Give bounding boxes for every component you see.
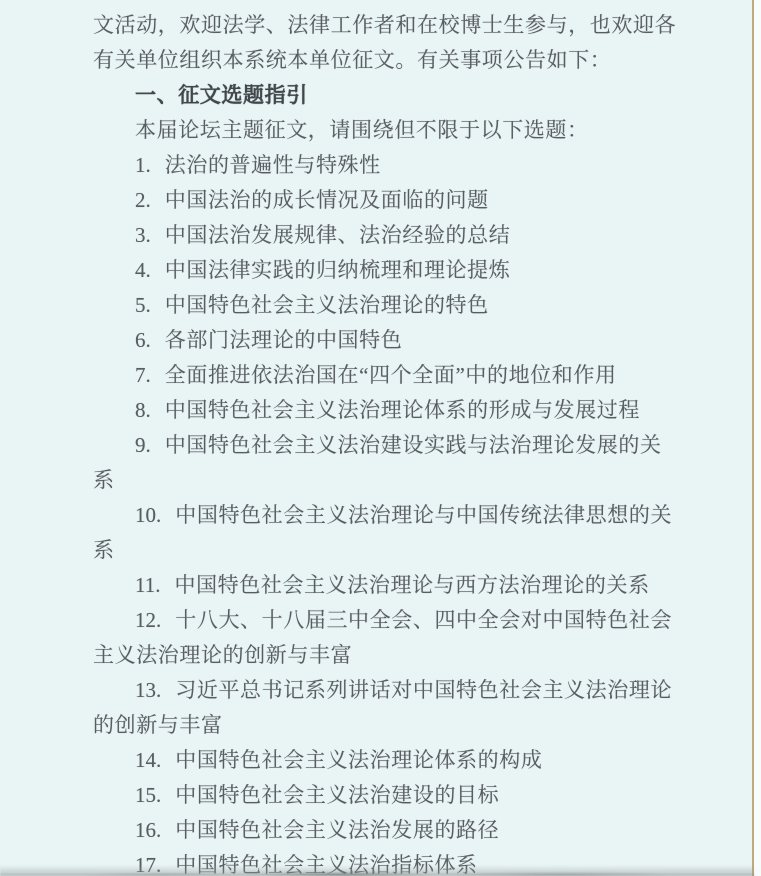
topic-number: 15. <box>135 778 161 813</box>
topic-number: 12. <box>135 603 161 638</box>
topic-item: 16.中国特色社会主义法治发展的路径 <box>93 813 733 848</box>
topic-text-continuation: 系 <box>93 463 733 498</box>
topic-text: 中国特色社会主义法治发展的路径 <box>175 818 499 842</box>
topic-number: 4. <box>135 253 151 288</box>
topic-text: 中国特色社会主义法治理论与西方法治理论的关系 <box>174 573 649 597</box>
topic-number: 8. <box>135 393 151 428</box>
topic-number: 14. <box>135 743 161 778</box>
topic-text: 各部门法理论的中国特色 <box>165 328 403 352</box>
topic-item: 3.中国法治发展规律、法治经验的总结 <box>93 218 733 253</box>
topic-item: 2.中国法治的成长情况及面临的问题 <box>93 183 733 218</box>
topic-text: 中国法治的成长情况及面临的问题 <box>165 188 489 212</box>
topic-item: 8.中国特色社会主义法治理论体系的形成与发展过程 <box>93 393 733 428</box>
scan-bottom-shadow <box>0 865 754 876</box>
topic-text: 中国特色社会主义法治理论的特色 <box>165 293 489 317</box>
topic-number: 7. <box>135 358 151 393</box>
topic-text: 中国特色社会主义法治建设的目标 <box>175 783 499 807</box>
section-heading: 一、征文选题指引 <box>93 78 733 113</box>
topic-text-continuation: 主义法治理论的创新与丰富 <box>93 638 733 673</box>
topic-number: 6. <box>135 323 151 358</box>
topic-text: 中国法律实践的归纳梳理和理论提炼 <box>165 258 511 282</box>
topic-item: 13.习近平总书记系列讲话对中国特色社会主义法治理论 <box>93 673 733 708</box>
topic-item: 15.中国特色社会主义法治建设的目标 <box>93 778 733 813</box>
topic-number: 5. <box>135 288 151 323</box>
topic-item: 14.中国特色社会主义法治理论体系的构成 <box>93 743 733 778</box>
document-text-block: 文活动，欢迎法学、法律工作者和在校博士生参与，也欢迎各 有关单位组织本系统本单位… <box>93 8 733 876</box>
scanned-document-page: 文活动，欢迎法学、法律工作者和在校博士生参与，也欢迎各 有关单位组织本系统本单位… <box>0 0 761 876</box>
topic-item: 9.中国特色社会主义法治建设实践与法治理论发展的关 <box>93 428 733 463</box>
intro-line: 文活动，欢迎法学、法律工作者和在校博士生参与，也欢迎各 <box>93 8 733 43</box>
topic-text: 中国特色社会主义法治建设实践与法治理论发展的关 <box>165 433 662 457</box>
topic-text: 中国特色社会主义法治理论体系的构成 <box>175 748 542 772</box>
topic-number: 13. <box>135 673 161 708</box>
scan-right-edge-strip <box>754 0 761 876</box>
topic-text: 中国特色社会主义法治理论体系的形成与发展过程 <box>165 398 640 422</box>
topic-item: 10.中国特色社会主义法治理论与中国传统法律思想的关 <box>93 498 733 533</box>
topic-text: 中国特色社会主义法治理论与中国传统法律思想的关 <box>175 503 672 527</box>
intro-line: 有关单位组织本系统本单位征文。有关事项公告如下： <box>93 43 733 78</box>
topic-number: 16. <box>135 813 161 848</box>
topic-number: 2. <box>135 183 151 218</box>
topic-text-continuation: 系 <box>93 533 733 568</box>
topic-number: 3. <box>135 218 151 253</box>
topic-number: 9. <box>135 428 151 463</box>
topic-item: 5.中国特色社会主义法治理论的特色 <box>93 288 733 323</box>
topic-text-continuation: 的创新与丰富 <box>93 708 733 743</box>
topic-text: 十八大、十八届三中全会、四中全会对中国特色社会 <box>175 608 672 632</box>
topic-text: 习近平总书记系列讲话对中国特色社会主义法治理论 <box>175 678 672 702</box>
topic-item: 1.法治的普遍性与特殊性 <box>93 148 733 183</box>
topic-item: 6.各部门法理论的中国特色 <box>93 323 733 358</box>
topic-number: 1. <box>135 148 151 183</box>
lead-paragraph: 本届论坛主题征文，请围绕但不限于以下选题： <box>93 113 733 148</box>
topic-item: 7.全面推进依法治国在“四个全面”中的地位和作用 <box>93 358 733 393</box>
topic-item: 12.十八大、十八届三中全会、四中全会对中国特色社会 <box>93 603 733 638</box>
topic-item: 11.中国特色社会主义法治理论与西方法治理论的关系 <box>93 568 733 603</box>
topic-text: 中国法治发展规律、法治经验的总结 <box>165 223 511 247</box>
topic-item: 4.中国法律实践的归纳梳理和理论提炼 <box>93 253 733 288</box>
topic-number: 11. <box>135 568 160 603</box>
topic-text: 法治的普遍性与特殊性 <box>165 153 381 177</box>
topic-text: 全面推进依法治国在“四个全面”中的地位和作用 <box>165 363 617 387</box>
topic-number: 10. <box>135 498 161 533</box>
